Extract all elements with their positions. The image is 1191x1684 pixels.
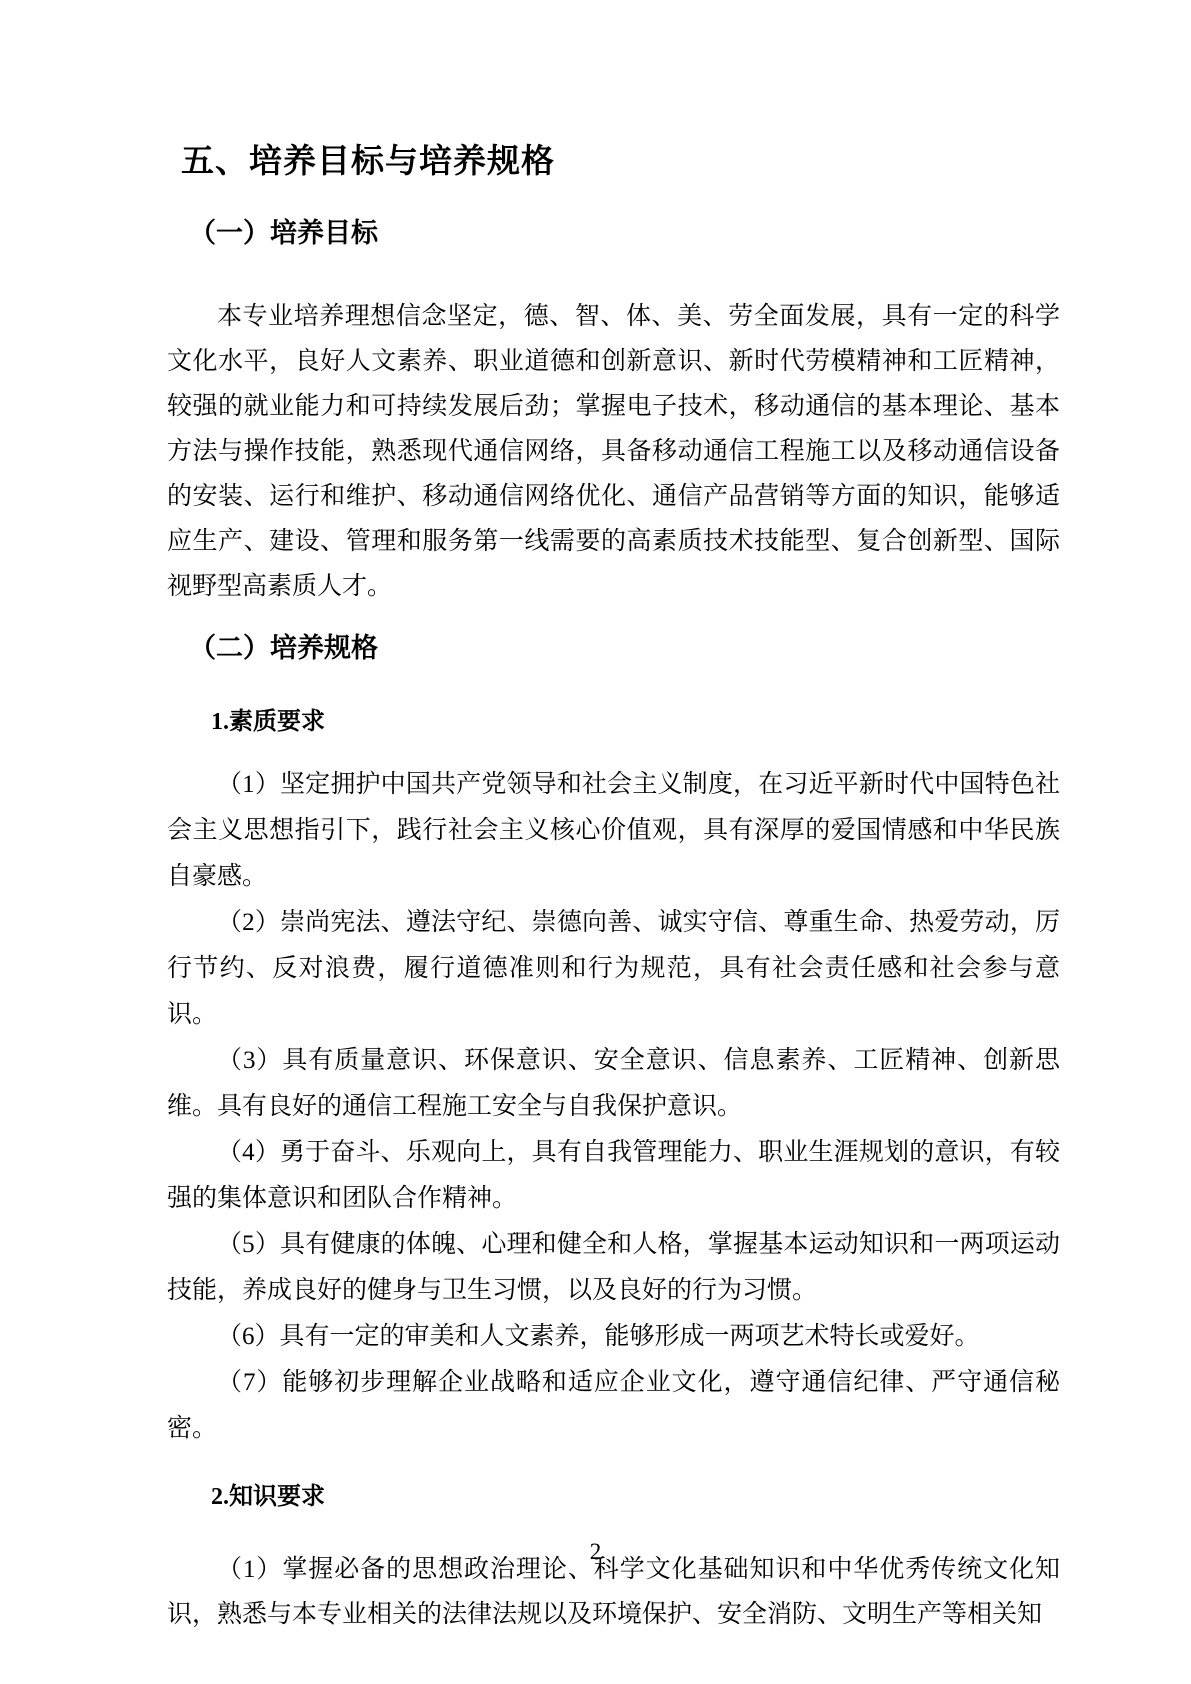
subsection-heading-knowledge-requirements: 2.知识要求: [211, 1477, 1060, 1517]
document-page: 五、培养目标与培养规格 （一）培养目标 本专业培养理想信念坚定，德、智、体、美、…: [0, 0, 1191, 1684]
subsection-heading-quality-requirements: 1.素质要求: [211, 702, 1060, 742]
quality-requirement-item-3: （3）具有质量意识、环保意识、安全意识、信息素养、工匠精神、创新思维。具有良好的…: [167, 1038, 1060, 1130]
quality-requirement-item-6: （6）具有一定的审美和人文素养，能够形成一两项艺术特长或爱好。: [167, 1314, 1060, 1360]
quality-requirement-item-4: （4）勇于奋斗、乐观向上，具有自我管理能力、职业生涯规划的意识，有较强的集体意识…: [167, 1130, 1060, 1222]
document-title: 五、培养目标与培养规格: [181, 142, 1060, 182]
page-number: 2: [0, 1538, 1191, 1566]
quality-requirement-item-7: （7）能够初步理解企业战略和适应企业文化，遵守通信纪律、严守通信秘密。: [167, 1360, 1060, 1452]
page-content: 五、培养目标与培养规格 （一）培养目标 本专业培养理想信念坚定，德、智、体、美、…: [167, 142, 1060, 1637]
quality-requirement-item-5: （5）具有健康的体魄、心理和健全和人格，掌握基本运动知识和一两项运动技能，养成良…: [167, 1222, 1060, 1314]
quality-requirement-item-1: （1）坚定拥护中国共产党领导和社会主义制度，在习近平新时代中国特色社会主义思想指…: [167, 762, 1060, 900]
training-objectives-paragraph: 本专业培养理想信念坚定，德、智、体、美、劳全面发展，具有一定的科学文化水平，良好…: [167, 294, 1060, 609]
section-heading-training-specifications: （二）培养规格: [189, 628, 1060, 668]
section-heading-training-objectives: （一）培养目标: [189, 213, 1060, 253]
quality-requirement-item-2: （2）崇尚宪法、遵法守纪、崇德向善、诚实守信、尊重生命、热爱劳动，厉行节约、反对…: [167, 900, 1060, 1038]
